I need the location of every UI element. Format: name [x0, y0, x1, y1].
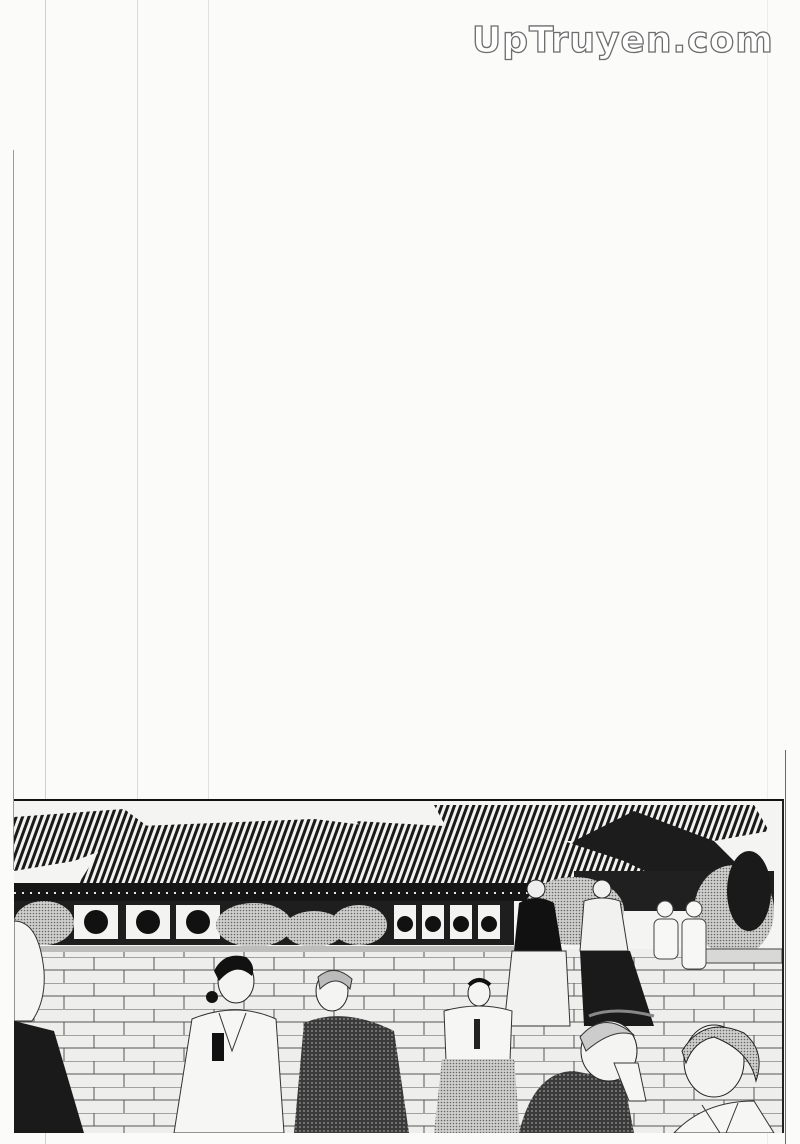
scan-line — [208, 0, 209, 800]
site-watermark: UpTruyen.com — [472, 20, 774, 61]
manga-page: UpTruyen.com — [0, 0, 800, 1144]
comic-panel — [14, 799, 784, 1133]
page-edge-line — [785, 750, 786, 1144]
scan-line — [137, 0, 138, 800]
scan-line — [13, 150, 14, 870]
panel-illustration — [14, 801, 782, 1133]
